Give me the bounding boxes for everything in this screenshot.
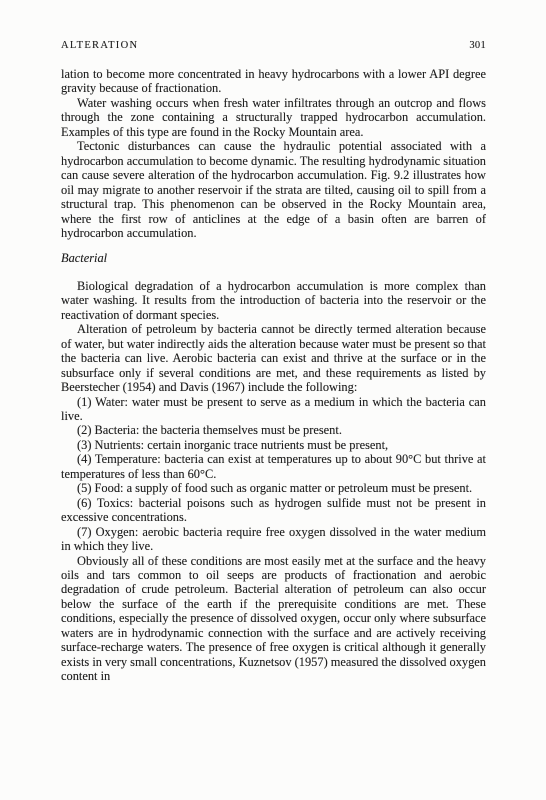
paragraph-water-washing: Water washing occurs when fresh water in… bbox=[61, 96, 486, 139]
paragraph-obviously: Obviously all of these conditions are mo… bbox=[61, 554, 486, 684]
paragraph-alteration-conditions: Alteration of petroleum by bacteria cann… bbox=[61, 322, 486, 394]
list-item-oxygen: (7) Oxygen: aerobic bacteria require fre… bbox=[61, 525, 486, 554]
paragraph-tectonic: Tectonic disturbances can cause the hydr… bbox=[61, 139, 486, 240]
page-number: 301 bbox=[469, 40, 486, 51]
list-item-bacteria: (2) Bacteria: the bacteria themselves mu… bbox=[61, 423, 486, 437]
running-title: ALTERATION bbox=[61, 40, 138, 51]
paragraph-continuation: lation to become more concentrated in he… bbox=[61, 67, 486, 96]
list-item-nutrients: (3) Nutrients: certain inorganic trace n… bbox=[61, 438, 486, 452]
book-page: ALTERATION 301 lation to become more con… bbox=[0, 0, 546, 800]
running-header: ALTERATION 301 bbox=[61, 40, 486, 51]
list-item-temperature: (4) Temperature: bacteria can exist at t… bbox=[61, 452, 486, 481]
list-item-toxics: (6) Toxics: bacterial poisons such as hy… bbox=[61, 496, 486, 525]
list-item-food: (5) Food: a supply of food such as organ… bbox=[61, 481, 486, 495]
paragraph-biological: Biological degradation of a hydrocarbon … bbox=[61, 279, 486, 322]
text-body: lation to become more concentrated in he… bbox=[61, 67, 486, 684]
list-item-water: (1) Water: water must be present to serv… bbox=[61, 395, 486, 424]
section-heading-bacterial: Bacterial bbox=[61, 251, 486, 265]
